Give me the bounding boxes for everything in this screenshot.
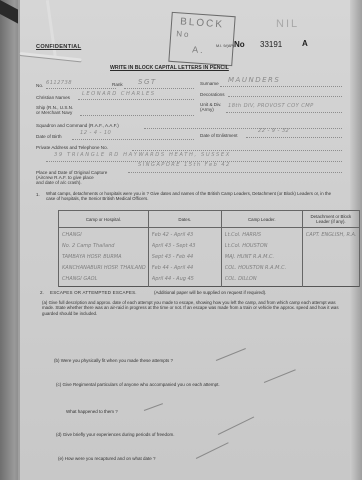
camp-cell: CHANGI GAOL bbox=[62, 274, 146, 285]
serial-prefix: No bbox=[234, 40, 245, 49]
unit-value: 18th DIV, PROVOST COY CMP bbox=[228, 103, 314, 109]
rank-value: SGT bbox=[138, 78, 157, 86]
surname-label: Surname bbox=[200, 81, 219, 86]
question-c-followup: What happened to them ? bbox=[66, 409, 118, 414]
date-of-birth-label: Date of Birth bbox=[36, 134, 62, 139]
dates-cell: Feb 44 - April 44 bbox=[152, 263, 219, 274]
leader-cell: COL. HOUSTON R.A.M.C. bbox=[225, 263, 300, 274]
date-of-enlistment-label: Date of Enlistment bbox=[200, 133, 238, 138]
reference-label: M.I. 9/(AP) bbox=[216, 44, 234, 48]
section-2-number: 2. bbox=[40, 290, 44, 295]
unit-label-2: (Army) bbox=[200, 107, 214, 112]
date-of-birth-value: 12 - 4 - 10 bbox=[80, 130, 111, 136]
dates-cell: Sept 43 - Feb 44 bbox=[152, 252, 219, 263]
nil-dash bbox=[216, 348, 246, 361]
address-value: 39 TRIANGLE RD HAYWARDS HEATH, SUSSEX bbox=[54, 152, 231, 158]
nil-dash bbox=[196, 442, 229, 458]
leader-cell: Lt.Col. HOUSTON bbox=[225, 241, 300, 252]
section-2-note: (Additional paper will be supplied on re… bbox=[154, 290, 266, 295]
christian-names-label: Christian Names bbox=[36, 95, 70, 100]
dates-column: Feb 42 - April 43 April 43 - Sept 43 Sep… bbox=[148, 228, 221, 287]
surname-value: MAUNDERS bbox=[228, 76, 280, 84]
section-1-number: 1. bbox=[36, 192, 40, 197]
header-camp: Camp or Hospital. bbox=[59, 211, 149, 228]
block-leader-cell: CAPT. ENGLISH, R.A. bbox=[306, 230, 357, 241]
dates-cell: Feb 42 - April 43 bbox=[152, 230, 219, 241]
camp-column: CHANGI No. 2 Camp Thailand TAMBAYA HOSP.… bbox=[59, 228, 149, 287]
number-value: 6112738 bbox=[46, 80, 72, 86]
rank-label: Rank bbox=[112, 82, 123, 87]
question-b: (b) Were you physically fit when you mad… bbox=[54, 358, 173, 363]
camp-cell: KANCHANABURI HOSP. THAILAND bbox=[62, 263, 146, 274]
nil-dash bbox=[264, 369, 296, 382]
classification-label: CONFIDENTIAL bbox=[36, 44, 81, 50]
leader-cell: COL. DILLON bbox=[225, 274, 300, 285]
form-instruction: WRITE IN BLOCK CAPITAL LETTERS IN PENCIL bbox=[110, 65, 229, 71]
stamp-line-2: No bbox=[176, 29, 191, 39]
nil-dash bbox=[218, 417, 254, 435]
section-2-title: ESCAPES OR ATTEMPTED ESCAPES. bbox=[50, 290, 137, 295]
christian-names-value: LEONARD CHARLES bbox=[82, 91, 156, 97]
question-a: (a) Give full description and approx. da… bbox=[42, 300, 342, 316]
camps-table: Camp or Hospital. Dates. Camp Leader. De… bbox=[58, 210, 360, 287]
questionnaire-page: BLOCK No A. NIL CONFIDENTIAL M.I. 9/(AP)… bbox=[18, 0, 350, 480]
stamp-line-1: BLOCK bbox=[180, 16, 225, 30]
camp-cell: TAMBAYA HOSP. BURMA bbox=[62, 252, 146, 263]
dates-cell: April 44 - Aug 45 bbox=[152, 274, 219, 285]
block-stamp: BLOCK No A. bbox=[168, 12, 235, 66]
address-label: Private Address and Telephone No. bbox=[36, 145, 108, 150]
header-block-leader: Detachment or Block Leader (if any). bbox=[302, 211, 359, 228]
squadron-label: Squadron and Command (R.A.F., A.A.F.) bbox=[36, 123, 119, 128]
capture-value: SINGAPORE 15th Feb 42 bbox=[138, 162, 231, 168]
serial-number: 33191 bbox=[260, 40, 282, 49]
header-dates: Dates. bbox=[148, 211, 221, 228]
question-c: (c) Give Regimental particulars of anyon… bbox=[56, 382, 220, 387]
tag-string bbox=[20, 52, 82, 61]
camp-cell: No. 2 Camp Thailand bbox=[62, 241, 146, 252]
leader-cell: MAJ. HUNT R.A.M.C. bbox=[225, 252, 300, 263]
decorations-label: Decorations bbox=[200, 92, 225, 97]
question-e: (e) How were you recaptured and on what … bbox=[58, 456, 156, 461]
date-of-enlistment-value: 22 - 9 - 32 bbox=[258, 128, 289, 134]
nil-dash bbox=[144, 403, 163, 411]
block-leader-column: CAPT. ENGLISH, R.A. bbox=[302, 228, 359, 287]
section-1-question: What camps, detachments or hospitals wer… bbox=[46, 191, 336, 202]
header-camp-leader: Camp Leader. bbox=[221, 211, 302, 228]
capture-label-3: and date of a/c crash). bbox=[36, 180, 82, 185]
number-label: No. bbox=[36, 83, 43, 88]
binding-string bbox=[46, 0, 57, 60]
stamp-line-3: A. bbox=[192, 44, 205, 55]
leader-column: Lt.Col. HARRIS Lt.Col. HOUSTON MAJ. HUNT… bbox=[221, 228, 302, 287]
ship-label-2: or Merchant Navy bbox=[36, 110, 72, 115]
nil-annotation: NIL bbox=[276, 18, 299, 30]
question-d: (d) Give briefly your experiences during… bbox=[56, 432, 175, 437]
serial-suffix: A bbox=[302, 39, 308, 48]
dates-cell: April 43 - Sept 43 bbox=[152, 241, 219, 252]
camp-cell: CHANGI bbox=[62, 230, 146, 241]
leader-cell: Lt.Col. HARRIS bbox=[225, 230, 300, 241]
